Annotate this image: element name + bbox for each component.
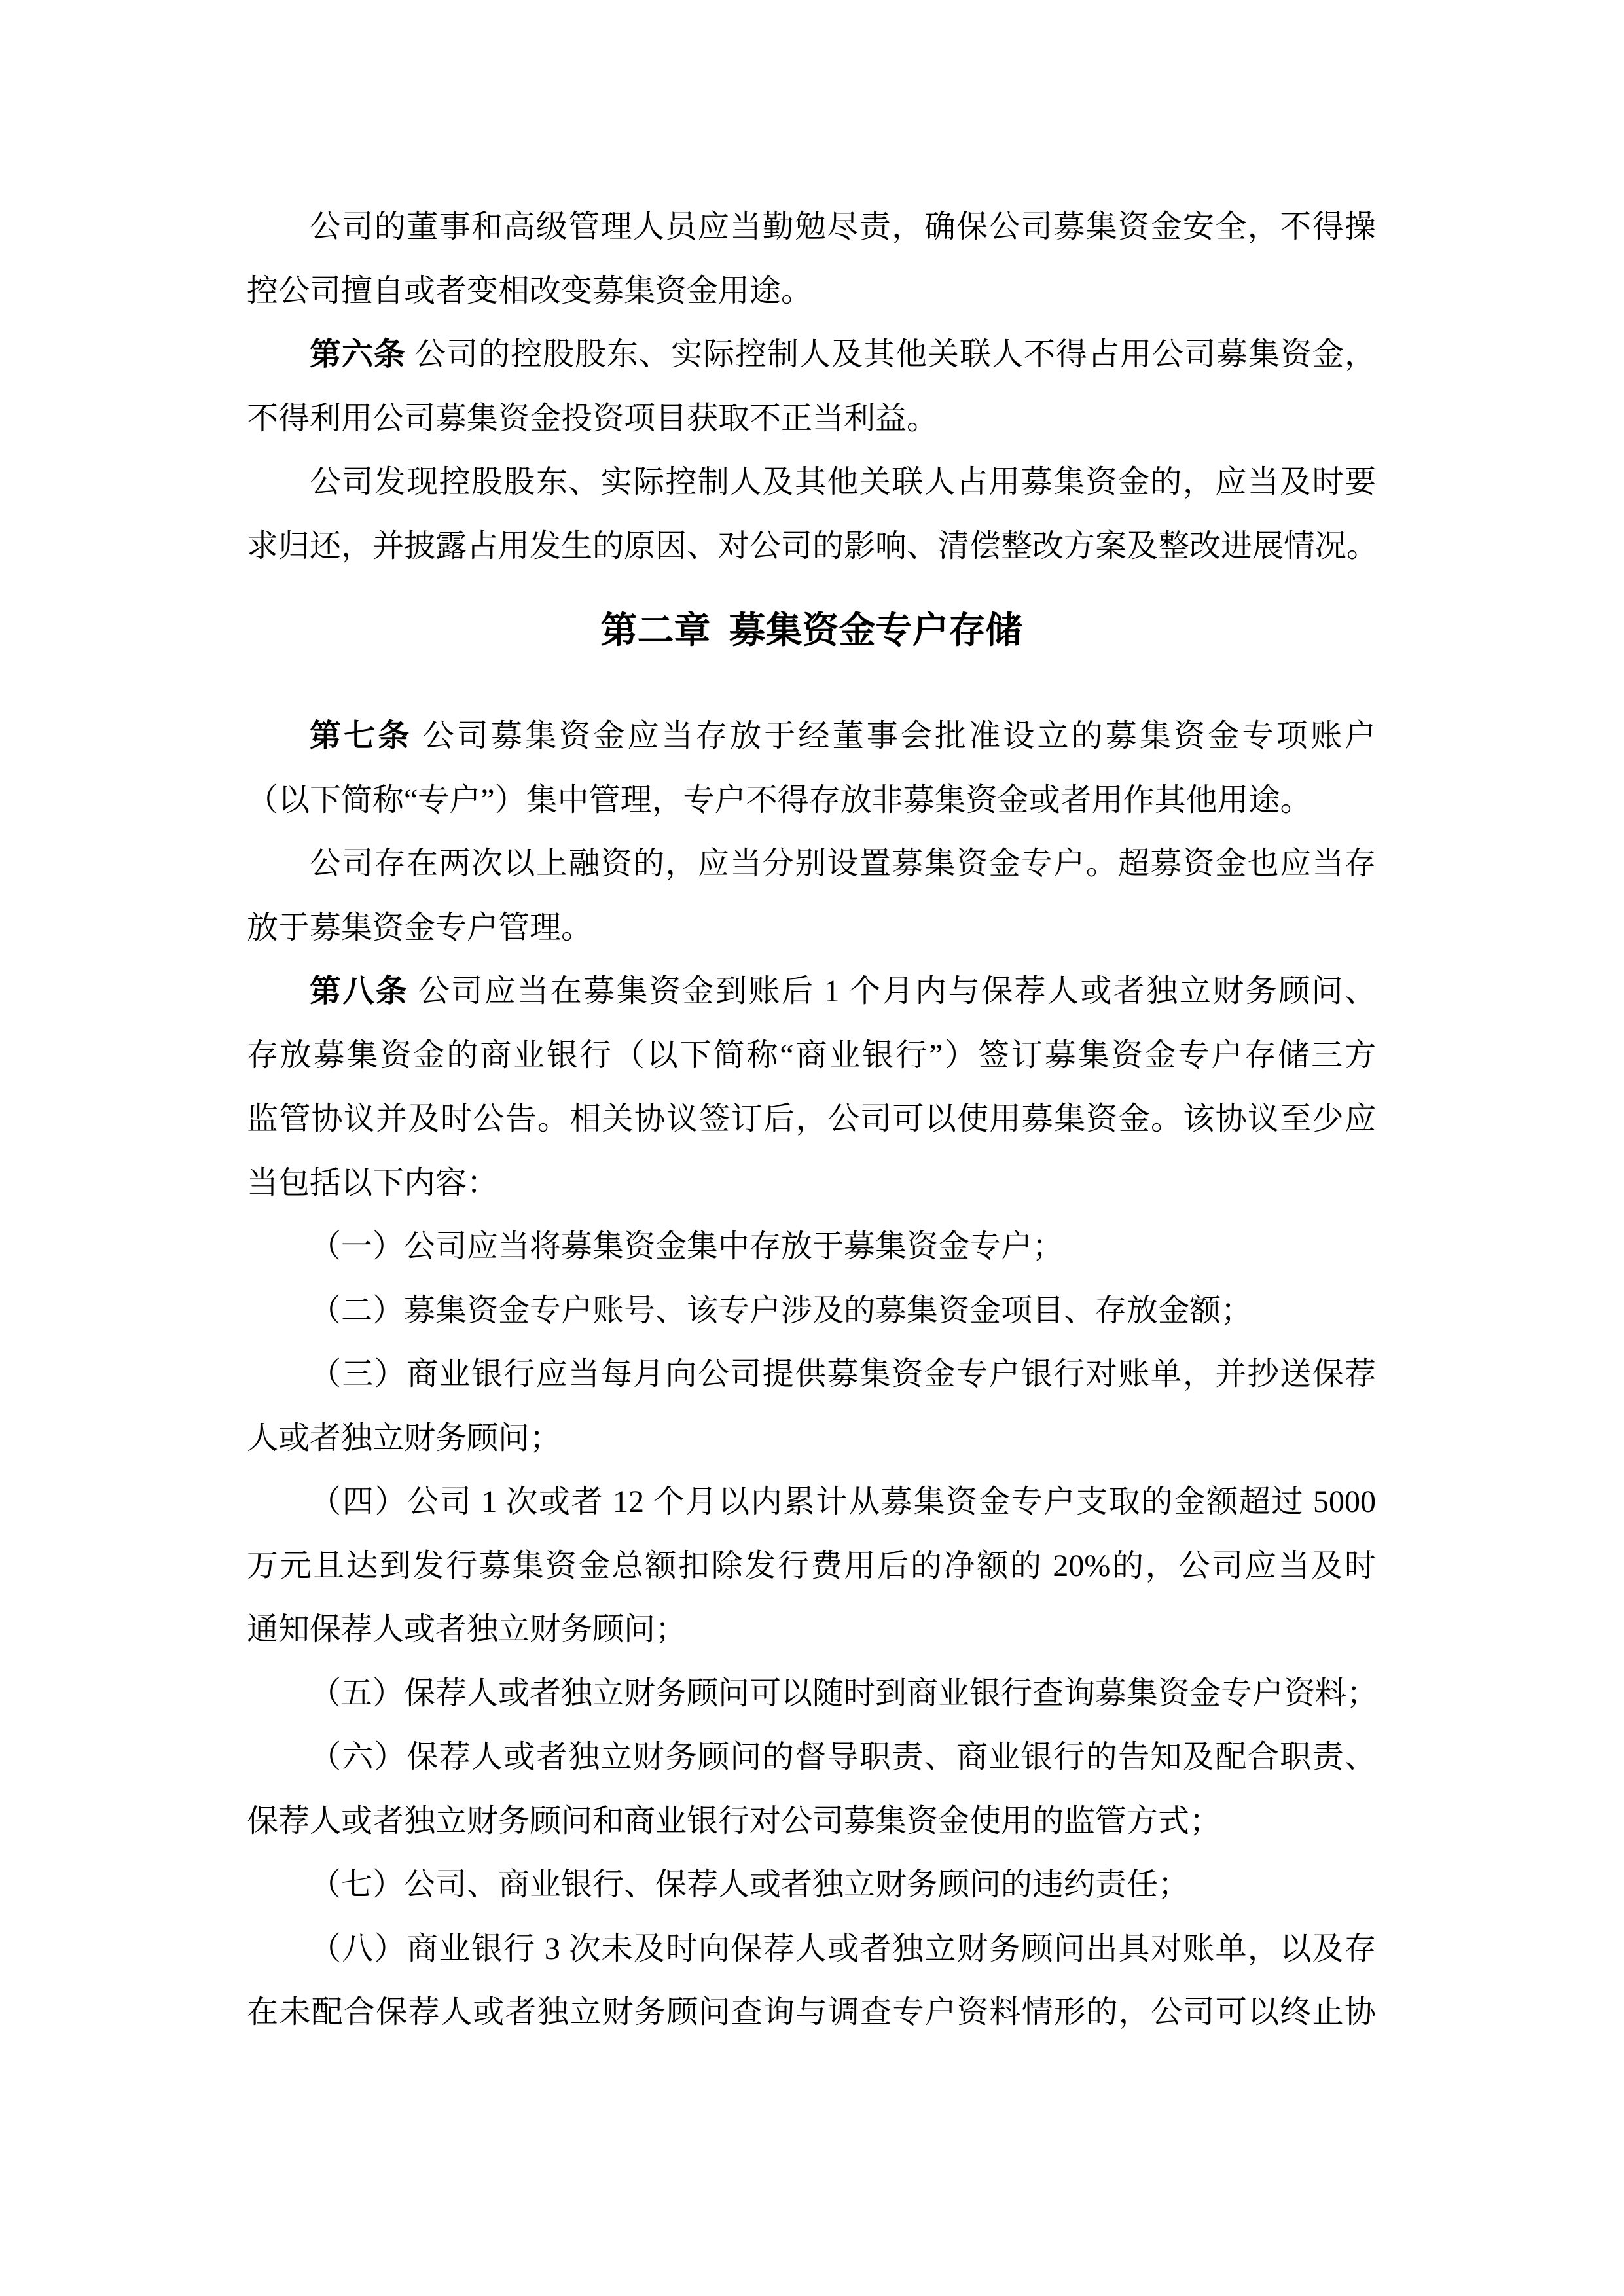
text-line: （三）商业银行应当每月向公司提供募集资金专户银行对账单，并抄送保荐 [247, 1342, 1376, 1407]
text-line: 万元且达到发行募集资金总额扣除发行费用后的净额的 20%的，公司应当及时 [247, 1534, 1376, 1598]
text-line: 通知保荐人或者独立财务顾问； [247, 1598, 1376, 1662]
list-item-4: （四）公司 1 次或者 12 个月以内累计从募集资金专户支取的金额超过 5000… [247, 1470, 1376, 1662]
text-line: （七）公司、商业银行、保荐人或者独立财务顾问的违约责任； [247, 1853, 1376, 1917]
text-line: 放于募集资金专户管理。 [247, 896, 1376, 960]
article-7: 第七条 公司募集资金应当存放于经董事会批准设立的募集资金专项账户 （以下简称“专… [247, 704, 1376, 832]
text-line: 当包括以下内容： [247, 1151, 1376, 1215]
list-item-7: （七）公司、商业银行、保荐人或者独立财务顾问的违约责任； [247, 1853, 1376, 1917]
text-line: （四）公司 1 次或者 12 个月以内累计从募集资金专户支取的金额超过 5000 [247, 1470, 1376, 1534]
text-line: 第八条 公司应当在募集资金到账后 1 个月内与保荐人或者独立财务顾问、 [247, 960, 1376, 1024]
article-text: 公司的控股股东、实际控制人及其他关联人不得占用公司募集资金， [414, 337, 1376, 372]
text-line: 第七条 公司募集资金应当存放于经董事会批准设立的募集资金专项账户 [247, 704, 1376, 768]
list-item-3: （三）商业银行应当每月向公司提供募集资金专户银行对账单，并抄送保荐 人或者独立财… [247, 1342, 1376, 1470]
text-line: 监管协议并及时公告。相关协议签订后，公司可以使用募集资金。该协议至少应 [247, 1087, 1376, 1151]
paragraph-directors-duty: 公司的董事和高级管理人员应当勤勉尽责，确保公司募集资金安全，不得操 控公司擅自或… [247, 195, 1376, 323]
article-text: 公司应当在募集资金到账后 1 个月内与保荐人或者独立财务顾问、 [418, 974, 1376, 1009]
text-line: 不得利用公司募集资金投资项目获取不正当利益。 [247, 387, 1376, 451]
list-item-2: （二）募集资金专户账号、该专户涉及的募集资金项目、存放金额； [247, 1279, 1376, 1343]
text-line: （八）商业银行 3 次未及时向保荐人或者独立财务顾问出具对账单，以及存 [247, 1917, 1376, 1981]
text-line: （一）公司应当将募集资金集中存放于募集资金专户； [247, 1215, 1376, 1279]
text-line: 求归还，并披露占用发生的原因、对公司的影响、清偿整改方案及整改进展情况。 [247, 514, 1376, 579]
list-item-1: （一）公司应当将募集资金集中存放于募集资金专户； [247, 1215, 1376, 1279]
text-line: 控公司擅自或者变相改变募集资金用途。 [247, 259, 1376, 323]
text-line: （五）保荐人或者独立财务顾问可以随时到商业银行查询募集资金专户资料； [247, 1662, 1376, 1726]
article-8: 第八条 公司应当在募集资金到账后 1 个月内与保荐人或者独立财务顾问、 存放募集… [247, 960, 1376, 1215]
article-label: 第八条 [310, 974, 408, 1009]
list-item-8: （八）商业银行 3 次未及时向保荐人或者独立财务顾问出具对账单，以及存 在未配合… [247, 1917, 1376, 2045]
paragraph-occupation-disclosure: 公司发现控股股东、实际控制人及其他关联人占用募集资金的，应当及时要 求归还，并披… [247, 450, 1376, 578]
text-line: 保荐人或者独立财务顾问和商业银行对公司募集资金使用的监管方式； [247, 1789, 1376, 1854]
text-line: 在未配合保荐人或者独立财务顾问查询与调查专户资料情形的，公司可以终止协 [247, 1981, 1376, 2045]
list-item-5: （五）保荐人或者独立财务顾问可以随时到商业银行查询募集资金专户资料； [247, 1662, 1376, 1726]
text-line: 存放募集资金的商业银行（以下简称“商业银行”）签订募集资金专户存储三方 [247, 1024, 1376, 1088]
list-item-6: （六）保荐人或者独立财务顾问的督导职责、商业银行的告知及配合职责、 保荐人或者独… [247, 1725, 1376, 1853]
text-line: 人或者独立财务顾问； [247, 1407, 1376, 1471]
text-line: 公司存在两次以上融资的，应当分别设置募集资金专户。超募资金也应当存 [247, 832, 1376, 896]
article-label: 第六条 [310, 337, 406, 372]
text-line: （以下简称“专户”）集中管理，专户不得存放非募集资金或者用作其他用途。 [247, 768, 1376, 833]
text-line: （六）保荐人或者独立财务顾问的督导职责、商业银行的告知及配合职责、 [247, 1725, 1376, 1789]
article-label: 第七条 [310, 719, 412, 753]
text-line: （二）募集资金专户账号、该专户涉及的募集资金项目、存放金额； [247, 1279, 1376, 1343]
document-page: 公司的董事和高级管理人员应当勤勉尽责，确保公司募集资金安全，不得操 控公司擅自或… [247, 195, 1376, 2045]
text-line: 第六条 公司的控股股东、实际控制人及其他关联人不得占用公司募集资金， [247, 323, 1376, 387]
article-6: 第六条 公司的控股股东、实际控制人及其他关联人不得占用公司募集资金， 不得利用公… [247, 323, 1376, 450]
chapter-heading: 第二章 募集资金专户存储 [247, 578, 1376, 704]
article-text: 公司募集资金应当存放于经董事会批准设立的募集资金专项账户 [423, 719, 1376, 753]
text-line: 公司的董事和高级管理人员应当勤勉尽责，确保公司募集资金安全，不得操 [247, 195, 1376, 259]
text-line: 公司发现控股股东、实际控制人及其他关联人占用募集资金的，应当及时要 [247, 450, 1376, 514]
paragraph-multiple-financing: 公司存在两次以上融资的，应当分别设置募集资金专户。超募资金也应当存 放于募集资金… [247, 832, 1376, 960]
